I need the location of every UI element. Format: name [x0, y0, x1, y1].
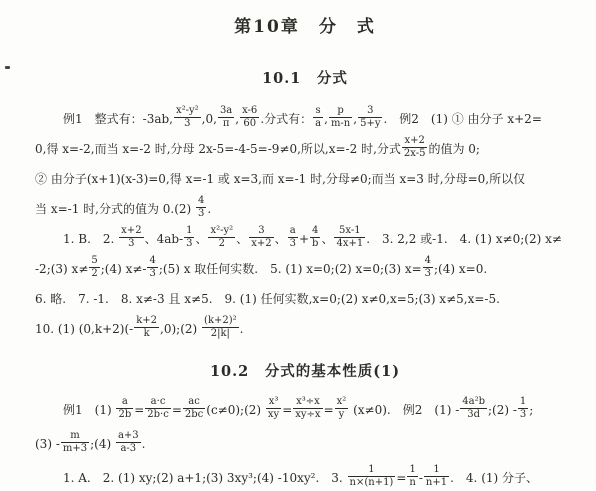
fraction: 1n×(n+1) [348, 464, 396, 490]
fraction: k+2k [134, 315, 159, 341]
text-line: 例1 (1) a2b=a·c2b·c=ac2bc(c≠0);(2) x³xy=x… [35, 393, 575, 427]
fraction: x³÷xxy÷x [293, 396, 322, 422]
fraction: a+3a-3 [116, 430, 141, 456]
fraction: 43 [423, 255, 433, 281]
fraction: 13 [518, 396, 528, 422]
fraction: x³xy [266, 396, 281, 422]
fraction: x²y [335, 396, 349, 422]
section-heading-10-2: 10.2 分式的基本性质(1) [35, 360, 575, 381]
fraction: 4a²b3d [460, 396, 487, 422]
text-line: (3) -mm+3;(4) a+3a-3. [35, 427, 575, 461]
text-line: 当 x=-1 时,分式的值为 0.(2) 43. [35, 194, 575, 224]
fraction: x+22x-5 [402, 135, 428, 161]
fraction: mm+3 [61, 430, 89, 456]
text-line: ② 由分子(x+1)(x-3)=0,得 x=-1 或 x=3,而 x=-1 时,… [35, 164, 575, 194]
fraction: 43 [147, 255, 157, 281]
text-line: 0,得 x=-2,而当 x=-2 时,分母 2x-5=-4-5=-9≠0,所以,… [35, 134, 575, 164]
fraction: pm-n [329, 105, 352, 131]
section-body-10-1: 例1 整式有：-3ab,x²-y²3,0,3aπ,x-660.分式有：sa,pm… [35, 104, 575, 344]
fraction: 5x-14x+1 [334, 225, 365, 251]
fraction: x²-y²3 [174, 105, 201, 131]
text-line: 例1 整式有：-3ab,x²-y²3,0,3aπ,x-660.分式有：sa,pm… [35, 104, 575, 134]
text-line: 6. 略. 7. -1. 8. x≠-3 且 x≠5. 9. (1) 任何实数,… [35, 284, 575, 314]
fraction: 1n+1 [424, 464, 449, 490]
text-line: 1. A. 2. (1) xy;(2) a+1;(3) 3xy³;(4) -10… [35, 461, 575, 491]
fraction: (k+2)²2|k| [202, 315, 239, 341]
fraction: x-660 [240, 105, 259, 131]
fraction: 1n [407, 464, 417, 490]
fraction: 3x+2 [249, 225, 273, 251]
fraction: ac2bc [183, 396, 205, 422]
fraction: 3aπ [218, 105, 234, 131]
fraction: x²-y²2 [208, 225, 235, 251]
chapter-title: 第10章 分 式 [35, 12, 575, 37]
fraction: 35+y [358, 105, 382, 131]
fraction: sa [313, 105, 323, 131]
fraction: 52 [89, 255, 99, 281]
fraction: 13 [184, 225, 194, 251]
textbook-page: 第10章 分 式 10.1 分式 例1 整式有：-3ab,x²-y²3,0,3a… [0, 0, 596, 491]
print-artifact-dot [5, 66, 10, 69]
fraction: x+23 [119, 225, 143, 251]
fraction: 43 [196, 195, 206, 221]
fraction: a2b [116, 396, 133, 422]
text-line: 1. B. 2. x+23、4ab-13、x²-y²2、3x+2、a3+4b、5… [35, 224, 575, 254]
fraction: a·c2b·c [145, 396, 171, 422]
text-line: 10. (1) (0,k+2)(-k+2k,0);(2) (k+2)²2|k|. [35, 314, 575, 344]
section-heading-10-1: 10.1 分式 [35, 67, 575, 88]
section-body-10-2: 例1 (1) a2b=a·c2b·c=ac2bc(c≠0);(2) x³xy=x… [35, 393, 575, 491]
fraction: 4b [310, 225, 320, 251]
fraction: a3 [288, 225, 298, 251]
text-line: -2;(3) x≠52;(4) x≠-43;(5) x 取任何实数. 5. (1… [35, 254, 575, 284]
